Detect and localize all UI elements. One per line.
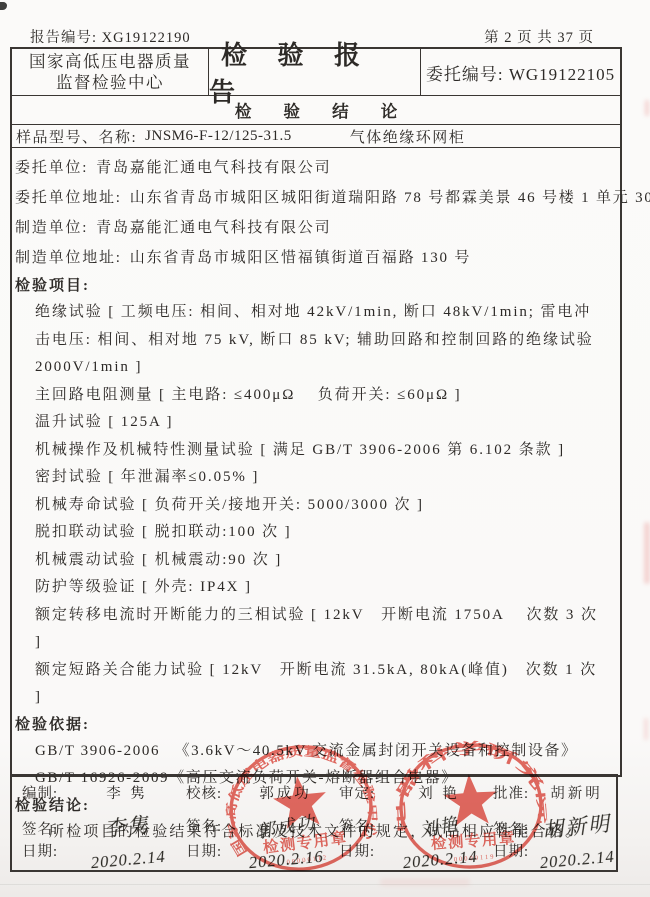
info-label: 委托单位地址:: [15, 190, 122, 206]
info-line: 委托单位:青岛嘉能汇通电气科技有限公司: [15, 153, 608, 183]
handwritten-date: 2020.2.14: [539, 847, 615, 873]
info-value: 青岛嘉能汇通电气科技有限公司: [96, 160, 331, 176]
signoff-column-bianzhi: 编制:李 隽 签名:李隽 日期:2020.2.14: [22, 782, 186, 869]
report-number-label: 报告编号:: [30, 30, 97, 46]
org-name-line2: 监督检验中心: [56, 72, 164, 93]
org-name-line1: 国家高低压电器质量: [29, 51, 191, 72]
info-label: 委托单位:: [15, 160, 88, 176]
test-item: 主回路电阻测量 [ 主电路: ≤400μΩ 负荷开关: ≤60μΩ ]: [15, 382, 608, 410]
sample-model: JNSM6-F-12/125-31.5: [145, 128, 292, 145]
test-item: 机械震动试验 [ 机械震动:90 次 ]: [15, 547, 608, 575]
scanned-report-page: 报告编号: XG19122190 第 2 页 共 37 页 国家高低压电器质量 …: [0, 0, 650, 897]
report-body: 委托单位:青岛嘉能汇通电气科技有限公司 委托单位地址:山东省青岛市城阳区城阳街道…: [12, 148, 620, 775]
handwritten-signature: 李隽: [103, 809, 152, 844]
test-item: 温升试验 [ 125A ]: [15, 409, 608, 437]
test-item: 绝缘试验 [ 工频电压: 相间、相对地 42kV/1min, 断口 48kV/1…: [15, 299, 608, 382]
sign-label: 签名:: [22, 818, 68, 839]
role-name: 李 隽: [68, 782, 186, 803]
stamp-center-text: 检测专用章: [262, 828, 349, 857]
report-number: 报告编号: XG19122190: [30, 26, 191, 47]
commission-number-text: 委托编号: WG19122105: [426, 60, 615, 85]
inspection-stamp-institute: 电器科学研究院 检测专用章 00000119: [392, 735, 551, 877]
test-item: 密封试验 [ 年泄漏率≤0.05% ]: [15, 464, 608, 492]
inspection-stamp-center: 国家高低压电器质量监督检验中心 检测专用章 00000112: [219, 733, 384, 882]
test-item: 防护等级验证 [ 外壳: IP4X ]: [15, 574, 608, 602]
sample-name: 气体绝缘环网柜: [350, 126, 466, 147]
date-label: 日期:: [186, 840, 232, 861]
ink-smudge: [644, 522, 650, 584]
role-label: 编制:: [22, 782, 68, 803]
report-table: 国家高低压电器质量 监督检验中心 检 验 报 告 委托编号: WG1912210…: [10, 47, 622, 777]
test-item: 额定短路关合能力试验 [ 12kV 开断电流 31.5kA, 80kA(峰值) …: [15, 657, 608, 712]
basis-heading: 检验依据:: [15, 712, 608, 738]
info-line: 委托单位地址:山东省青岛市城阳区城阳街道瑞阳路 78 号都霖美景 46 号楼 1…: [15, 183, 608, 213]
page-indicator: 第 2 页 共 37 页: [484, 26, 594, 47]
title-row: 国家高低压电器质量 监督检验中心 检 验 报 告 委托编号: WG1912210…: [12, 49, 620, 96]
test-item: 机械寿命试验 [ 负荷开关/接地开关: 5000/3000 次 ]: [15, 492, 608, 520]
sign-label: 签名:: [186, 815, 232, 836]
commission-number-value: WG19122105: [509, 65, 615, 84]
role-name: 胡新明: [539, 782, 614, 803]
commission-number-label: 委托编号:: [426, 65, 504, 84]
handwritten-date: 2020.2.14: [90, 847, 166, 873]
info-line: 制造单位地址:山东省青岛市城阳区惜福镇街道百福路 130 号: [15, 243, 608, 273]
info-value: 山东省青岛市城阳区城阳街道瑞阳路 78 号都霖美景 46 号楼 1 单元 302…: [130, 190, 650, 206]
test-items-heading: 检验项目:: [15, 273, 608, 299]
info-line: 制造单位:青岛嘉能汇通电气科技有限公司: [15, 213, 608, 243]
star-icon: [271, 773, 330, 830]
commission-number: 委托编号: WG19122105: [421, 49, 620, 95]
info-value: 青岛嘉能汇通电气科技有限公司: [96, 220, 331, 236]
sample-row: 样品型号、名称: JNSM6-F-12/125-31.5 气体绝缘环网柜: [12, 125, 620, 148]
section-title: 检 验 结 论: [12, 96, 620, 125]
info-value: 山东省青岛市城阳区惜福镇街道百福路 130 号: [130, 250, 471, 266]
ink-smudge: [645, 100, 649, 116]
info-label: 制造单位地址:: [15, 250, 122, 266]
test-item: 脱扣联动试验 [ 脱扣联动:100 次 ]: [15, 519, 608, 547]
ink-smudge: [644, 718, 648, 740]
stamp-serial: 00000119: [454, 853, 496, 863]
scan-line: [0, 884, 650, 885]
test-item: 额定转移电流时开断能力的三相试验 [ 12kV 开断电流 1750A 次数 3 …: [15, 602, 608, 657]
info-label: 制造单位:: [15, 220, 88, 236]
stamp-center-text: 检测专用章: [430, 828, 516, 853]
date-label: 日期:: [22, 840, 68, 861]
star-icon: [442, 772, 499, 826]
sample-label: 样品型号、名称:: [16, 126, 137, 147]
scan-speck: [0, 2, 7, 10]
org-name: 国家高低压电器质量 监督检验中心: [12, 49, 209, 95]
report-number-value: XG19122190: [102, 30, 191, 46]
handwritten-signature: 胡新明: [541, 807, 613, 844]
test-item: 机械操作及机械特性测量试验 [ 满足 GB/T 3906-2006 第 6.10…: [15, 437, 608, 465]
report-title: 检 验 报 告: [209, 49, 421, 95]
